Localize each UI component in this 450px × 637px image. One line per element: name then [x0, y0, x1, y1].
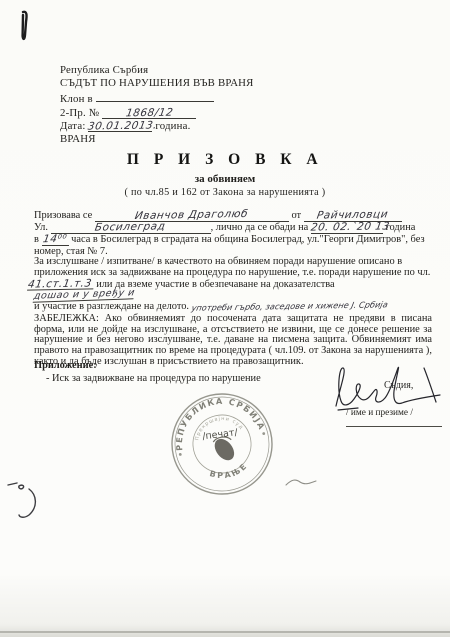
case-note-handwriting: употреби гърбо, заседове и хижене Ј. Срб… — [190, 300, 388, 313]
signature-caption: / име и презиме / — [346, 408, 413, 418]
hearing-line-2: приложения иск за задвижване на процедур… — [34, 268, 432, 279]
attachment-heading: Приложение: — [34, 359, 261, 372]
report-date-handwriting: 20. 02.`20 13 — [310, 221, 390, 232]
hearing-line-4: и участие в разглеждане на делото. употр… — [34, 301, 432, 313]
stamp-label: /печат/ — [202, 427, 239, 442]
hearing-paragraph: За изслушване / изпитване/ в качеството … — [34, 257, 432, 367]
header: Република Сърбия СЪДЪТ ПО НАРУШЕНИЯ ВЪВ … — [60, 64, 254, 146]
branch-line: Клон в — [60, 90, 254, 106]
call-label: Призовава се — [34, 210, 92, 221]
date-handwriting: 30.01.2013. — [88, 120, 159, 131]
summons-line-2: Ул. Босилеград, лично да се обади на 20.… — [34, 222, 432, 234]
summons-line-3: в 14⁰⁰ часа в Босилеград в сградата на о… — [34, 234, 432, 246]
time-handwriting: 14⁰⁰ — [42, 234, 67, 244]
scanned-document-page: Република Сърбия СЪДЪТ ПО НАРУШЕНИЯ ВЪВ … — [0, 0, 450, 637]
pen-mark-icon — [19, 9, 33, 45]
hearing-line-3: 41.ст.1.т.3 или да вземе участие в обезп… — [34, 279, 432, 302]
street-label: Ул. — [34, 222, 48, 233]
signature-block: Съдия, / име и презиме / — [328, 364, 446, 434]
city-line: ВРАНЯ — [60, 133, 254, 146]
location-text: часа в Босилеград в сградата на община Б… — [71, 234, 424, 245]
scan-bottom-edge — [0, 631, 450, 633]
date-label: Дата: — [60, 120, 86, 132]
review-text: и участие в разглеждане на делото. — [34, 301, 189, 312]
date-field: 30.01.2013. — [88, 120, 152, 132]
street-handwriting: Босилеград — [95, 221, 167, 232]
legal-basis: ( по чл.85 и 162 от Закона за нарушеният… — [0, 187, 450, 198]
name-handwriting: Иванчов Драголюб — [134, 209, 249, 221]
pen-scribble-icon — [5, 479, 41, 523]
stamp-ring-text-bottom: ВРАЊЕ — [207, 460, 251, 484]
official-stamp-icon: РЕПУБЛИКА СРБИЈА ВРАЊЕ Прекршајни суд /п… — [157, 379, 288, 510]
court-line: СЪДЪТ ПО НАРУШЕНИЯ ВЪВ ВРАНЯ — [60, 77, 254, 90]
signature-icon — [328, 364, 446, 412]
branch-label: Клон в — [60, 93, 93, 105]
country-line: Република Сърбия — [60, 64, 254, 77]
document-title: П Р И З О В К А — [0, 151, 450, 169]
signature-line — [346, 426, 442, 427]
document-subtitle: за обвиняем — [0, 173, 450, 185]
body-text: Призовава се Иванчов Драголюб от Райчило… — [34, 210, 432, 368]
date-line: Дата: 30.01.2013. година. — [60, 120, 254, 133]
branch-field — [96, 90, 214, 102]
attachment-block: Приложение: - Иск за задвижване на проце… — [34, 359, 261, 385]
date-suffix: година. — [155, 120, 190, 132]
from-label: от — [291, 210, 301, 221]
street-field: Босилеград — [51, 222, 211, 234]
faint-mark-icon — [284, 476, 318, 488]
case-label: 2-Пр. № — [60, 107, 99, 119]
place-handwriting: Райчиловци — [316, 209, 389, 220]
time-field: 14⁰⁰ — [42, 234, 69, 246]
report-date-field: 20. 02.`20 13 — [311, 222, 383, 234]
attachment-item: - Иск за задвижване на процедура по нару… — [34, 372, 261, 385]
report-label: , лично да се обади на — [211, 222, 309, 233]
at-label: в — [34, 234, 39, 245]
title-block: П Р И З О В К А за обвиняем ( по чл.85 и… — [0, 151, 450, 198]
svg-text:ВРАЊЕ: ВРАЊЕ — [207, 460, 251, 484]
case-number-field: 1868/12 — [102, 107, 196, 119]
case-line: 2-Пр. № 1868/12 — [60, 107, 254, 120]
case-number-handwriting: 1868/12 — [125, 107, 174, 118]
